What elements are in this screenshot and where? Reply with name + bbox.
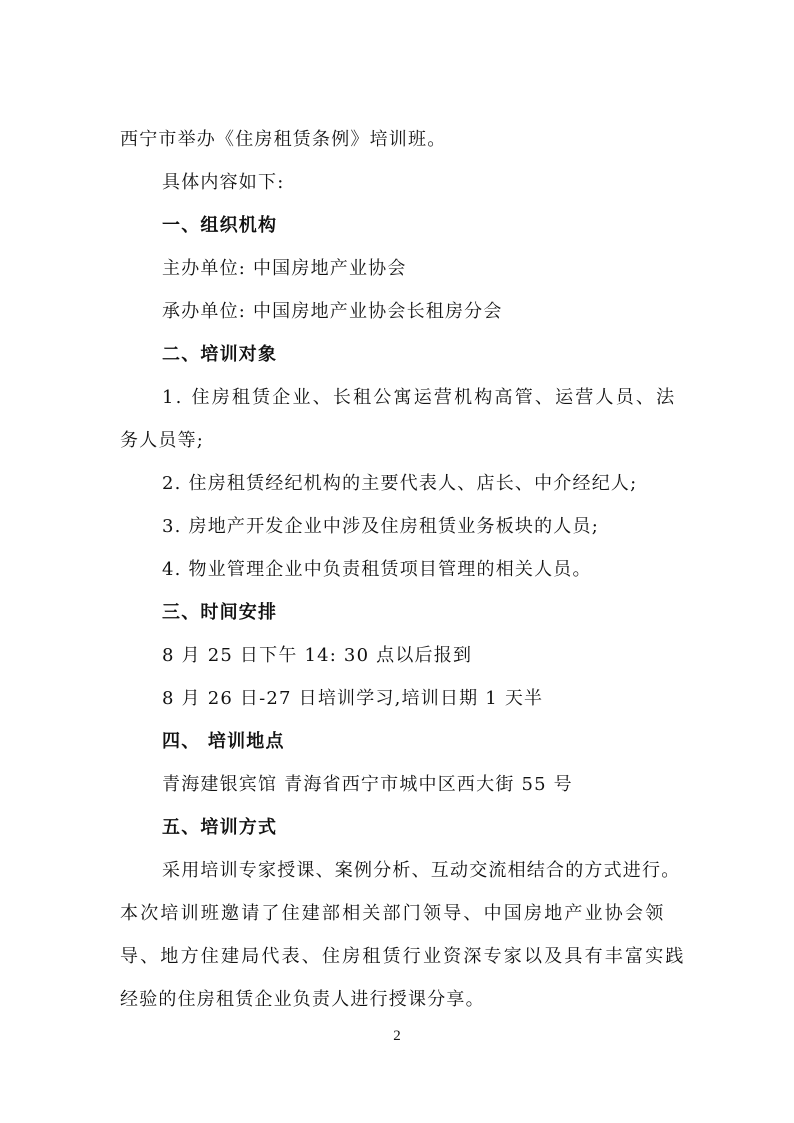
section-heading-location: 四、 培训地点 xyxy=(162,730,285,754)
method-paragraph-line-3: 导、地方住建局代表、住房租赁行业资深专家以及具有丰富实践 xyxy=(120,945,686,969)
section-heading-audience: 二、培训对象 xyxy=(162,343,277,367)
audience-item-4: 4. 物业管理企业中负责租赁项目管理的相关人员。 xyxy=(162,558,592,582)
method-paragraph-line-4: 经验的住房租赁企业负责人进行授课分享。 xyxy=(120,988,485,1012)
audience-item-2: 2. 住房租赁经纪机构的主要代表人、店长、中介经纪人; xyxy=(162,472,637,496)
host-organizer: 主办单位: 中国房地产业协会 xyxy=(162,257,407,281)
section-heading-method: 五、培训方式 xyxy=(162,816,277,840)
schedule-checkin: 8 月 25 日下午 14: 30 点以后报到 xyxy=(162,644,472,668)
intro-line: 西宁市举办《住房租赁条例》培训班。 xyxy=(120,128,446,152)
method-paragraph-line-2: 本次培训班邀请了住建部相关部门领导、中国房地产业协会领 xyxy=(120,902,665,926)
section-heading-organization: 一、组织机构 xyxy=(162,214,277,238)
schedule-training: 8 月 26 日-27 日培训学习,培训日期 1 天半 xyxy=(162,687,543,711)
audience-item-1: 1. 住房租赁企业、长租公寓运营机构高管、运营人员、法 xyxy=(162,386,676,410)
page-number: 2 xyxy=(0,1028,794,1045)
section-heading-schedule: 三、时间安排 xyxy=(162,601,277,625)
content-intro: 具体内容如下: xyxy=(162,171,284,195)
location-address: 青海建银宾馆 青海省西宁市城中区西大街 55 号 xyxy=(162,773,573,797)
audience-item-1-cont: 务人员等; xyxy=(120,429,204,453)
co-organizer: 承办单位: 中国房地产业协会长租房分会 xyxy=(162,300,503,324)
method-paragraph-line-1: 采用培训专家授课、案例分析、互动交流相结合的方式进行。 xyxy=(162,859,680,883)
audience-item-3: 3. 房地产开发企业中涉及住房租赁业务板块的人员; xyxy=(162,515,599,539)
